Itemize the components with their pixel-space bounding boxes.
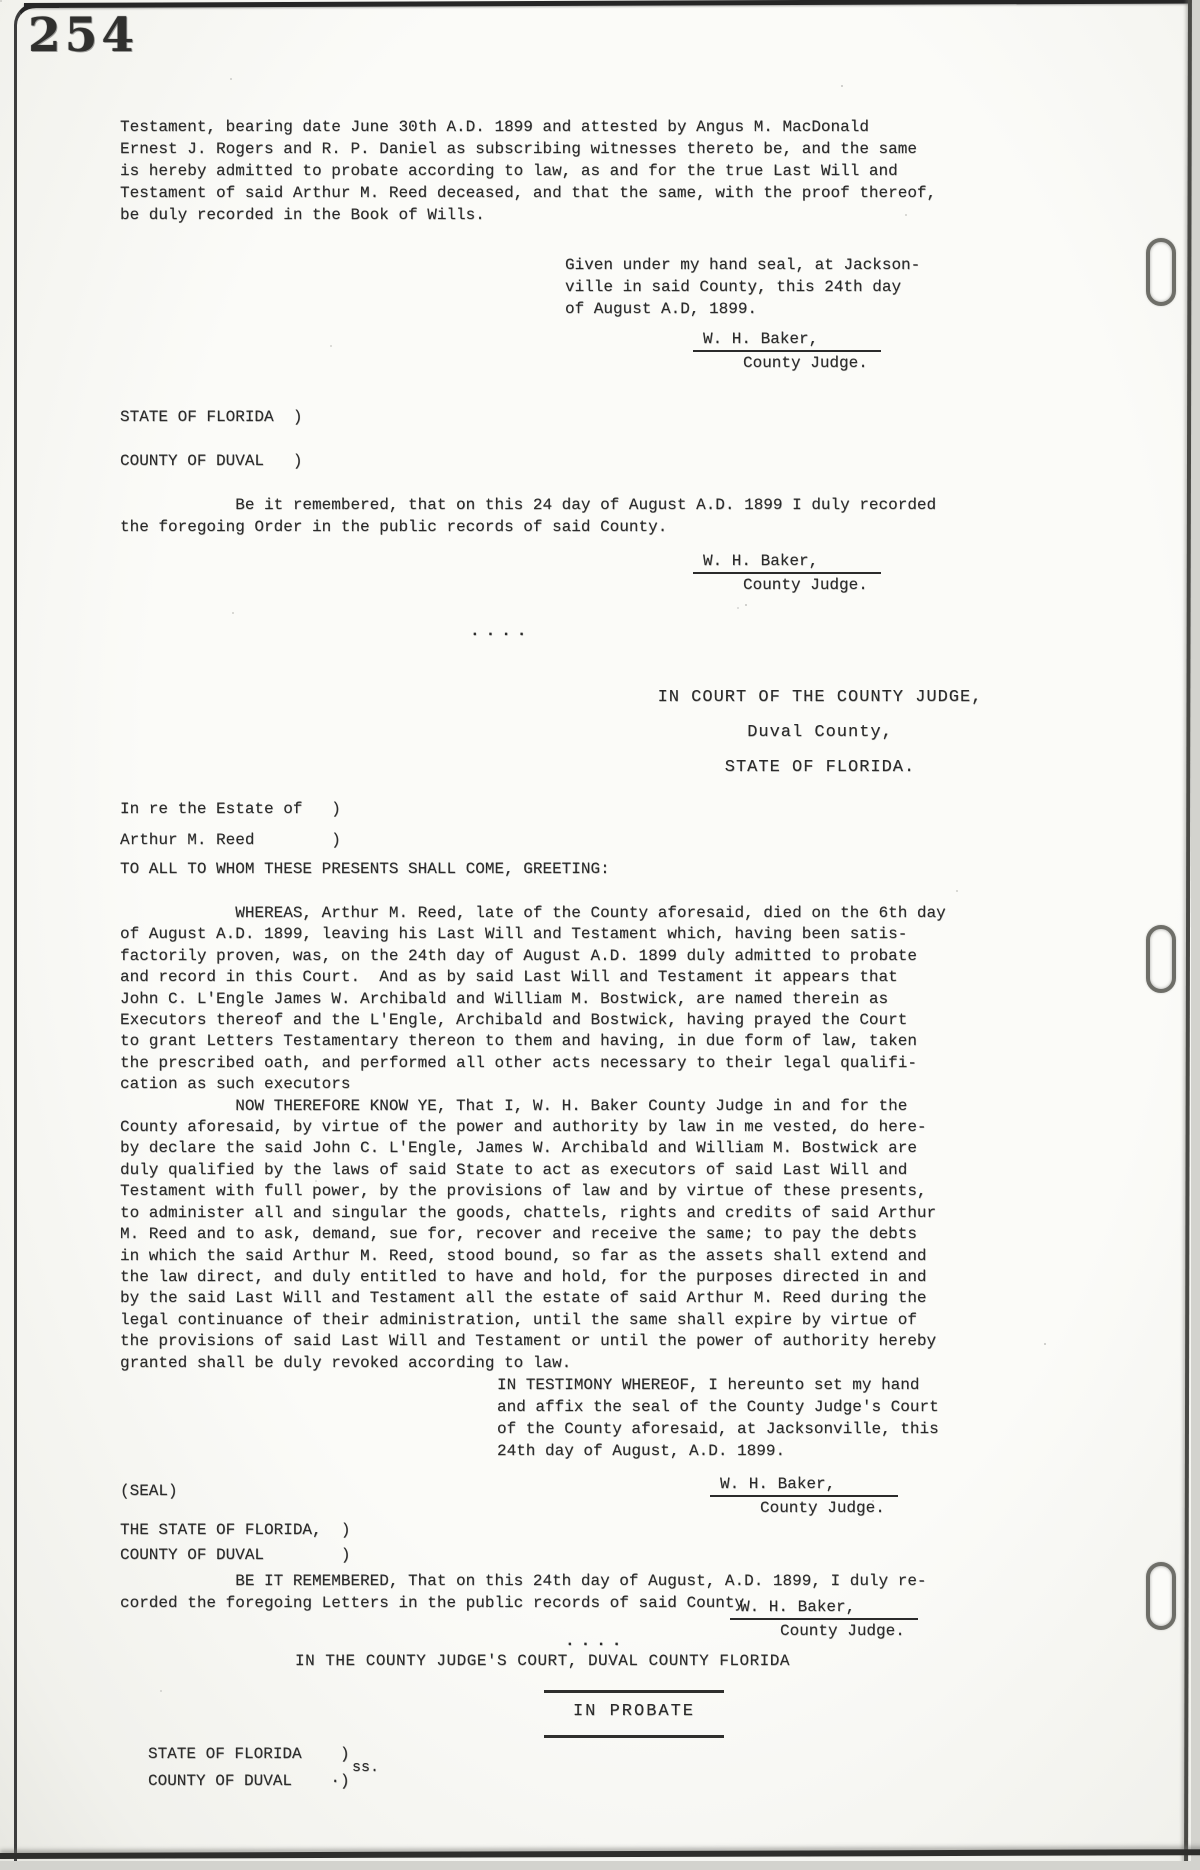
- seal-label: (SEAL): [120, 1480, 178, 1502]
- letters-testamentary-body: WHEREAS, Arthur M. Reed, late of the Cou…: [120, 903, 946, 1374]
- probate-rule-top: [544, 1690, 724, 1693]
- ss-label: ss.: [352, 1757, 379, 1779]
- signature-name: W. H. Baker,: [693, 330, 881, 352]
- binder-hole-middle: [1146, 925, 1176, 993]
- scanned-document-page: 254 Testament, bearing date June 30th A.…: [0, 0, 1200, 1870]
- scan-noise-speckles: [0, 0, 2, 2]
- signature-block-2: W. H. Baker, County Judge.: [693, 552, 881, 594]
- signature-name: W. H. Baker,: [693, 552, 881, 574]
- section-separator-dots-2: ....: [565, 1630, 627, 1652]
- probate-heading: IN PROBATE: [544, 1701, 724, 1723]
- county-caption-3: COUNTY OF DUVAL ·): [148, 1770, 350, 1792]
- page-edge-bottom: [0, 1849, 1200, 1859]
- state-caption-3: STATE OF FLORIDA ): [148, 1743, 350, 1765]
- signature-title: County Judge.: [760, 1499, 898, 1517]
- page-edge-top: [24, 0, 1200, 8]
- binder-hole-bottom: [1146, 1562, 1176, 1630]
- case-caption-in-re: In re the Estate of ) Arthur M. Reed ): [120, 794, 341, 856]
- signature-block-4: W. H. Baker, County Judge.: [730, 1598, 918, 1640]
- probate-rule-bottom: [544, 1735, 724, 1738]
- greeting-line: TO ALL TO WHOM THESE PRESENTS SHALL COME…: [120, 858, 610, 880]
- order-recorded-paragraph: Be it remembered, that on this 24 day of…: [120, 495, 936, 538]
- page-number-stamp: 254: [28, 8, 138, 63]
- signature-name: W. H. Baker,: [730, 1598, 918, 1620]
- binder-hole-top: [1146, 238, 1176, 306]
- state-county-caption-2: THE STATE OF FLORIDA, ) COUNTY OF DUVAL …: [120, 1518, 350, 1568]
- signature-block-1: W. H. Baker, County Judge.: [693, 330, 881, 372]
- testimony-block: IN TESTIMONY WHEREOF, I hereunto set my …: [497, 1374, 939, 1462]
- state-county-caption-1: STATE OF FLORIDA ) COUNTY OF DUVAL ): [120, 406, 302, 472]
- opening-paragraph: Testament, bearing date June 30th A.D. 1…: [120, 116, 936, 226]
- court-heading-2: IN THE COUNTY JUDGE'S COURT, DUVAL COUNT…: [295, 1650, 790, 1672]
- page-edge-left: [14, 28, 17, 1863]
- section-separator-dots-1: ....: [470, 620, 532, 642]
- signature-title: County Judge.: [743, 354, 881, 372]
- page-edge-bottom-margin: [0, 1861, 1200, 1870]
- signature-block-3: W. H. Baker, County Judge.: [710, 1475, 898, 1517]
- signature-title: County Judge.: [743, 576, 881, 594]
- given-under-hand-block: Given under my hand seal, at Jackson- vi…: [565, 254, 920, 320]
- page-edge-right-margin: [1191, 0, 1200, 1870]
- court-heading-block: IN COURT OF THE COUNTY JUDGE, Duval Coun…: [640, 680, 1000, 785]
- signature-title: County Judge.: [780, 1622, 918, 1640]
- signature-name: W. H. Baker,: [710, 1475, 898, 1497]
